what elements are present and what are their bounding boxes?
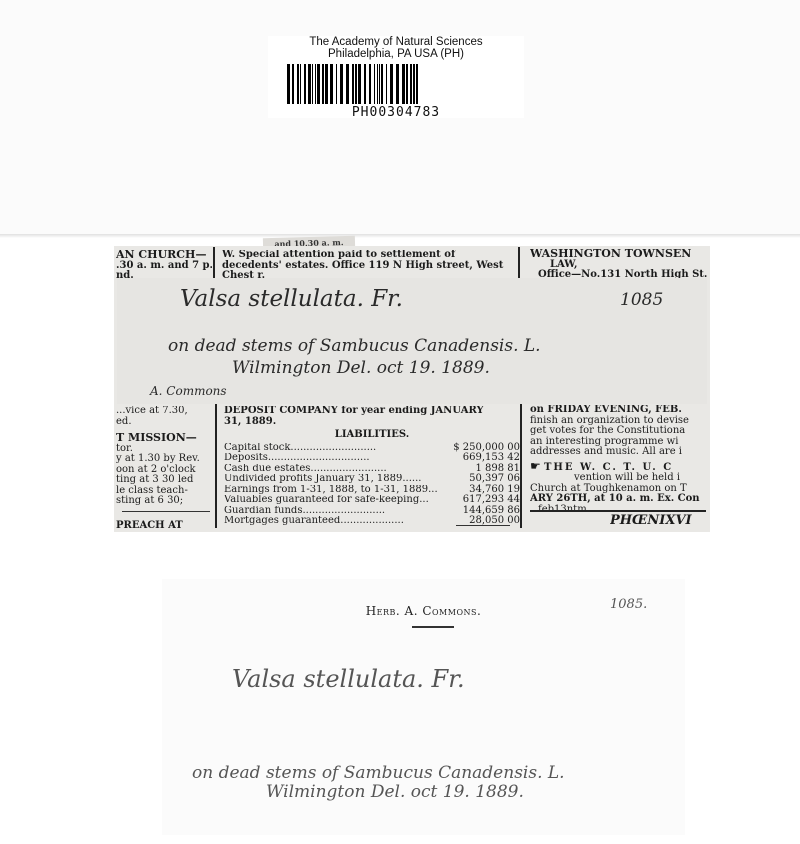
liability-label: Cash due estates........................: [224, 464, 473, 475]
label-species-name: Valsa stellulata. Fr.: [232, 665, 465, 693]
column-rule: [213, 247, 215, 281]
packet-habitat: on dead stems of Sambucus Canadensis. L.: [168, 336, 541, 356]
column-divider: [122, 511, 210, 512]
column-rule: [215, 404, 217, 528]
liability-label: Valuables guaranteed for safe-keeping...: [224, 495, 461, 506]
liability-row: Undivided profits January 31, 1889......…: [224, 474, 520, 485]
total-rule: [456, 525, 510, 526]
news-top-middle: W. Special attention paid to settlement …: [222, 250, 512, 282]
packet-collector: A. Commons: [150, 384, 227, 398]
herbarium-title: Herb. A. Commons.: [162, 604, 685, 618]
news-phoenixville-heading: PHŒNIXVI: [610, 514, 708, 528]
news-top-right: WASHINGTON TOWNSEN LAW, Office—No.131 No…: [530, 249, 708, 281]
news-top-left: AN CHURCH— .30 a. m. and 7 p. nd.: [116, 250, 212, 282]
pointing-hand-icon: ☛: [530, 459, 541, 473]
column-rule: [520, 404, 522, 528]
herbarium-label: Herb. A. Commons. 1085. Valsa stellulata…: [162, 579, 685, 835]
liability-label: Deposits................................: [224, 453, 461, 464]
liability-label: Mortgages guaranteed....................: [224, 516, 467, 527]
label-habitat: on dead stems of Sambucus Canadensis. L.: [192, 763, 565, 783]
liabilities-table: Capital stock...........................…: [224, 443, 520, 527]
liability-row: Deposits................................…: [224, 453, 520, 464]
liability-amount: 617,293 44: [461, 495, 520, 506]
barcode-id: PH00304783: [268, 106, 524, 119]
liability-label: Undivided profits January 31, 1889......: [224, 474, 467, 485]
liability-amount: 50,397 06: [467, 474, 520, 485]
liability-label: Earnings from 1-31, 1888, to 1-31, 1889.…: [224, 485, 467, 496]
packet-locality-date: Wilmington Del. oct 19. 1889.: [232, 358, 490, 378]
packet-species-name: Valsa stellulata. Fr.: [180, 286, 403, 312]
title-underline: [412, 626, 454, 628]
liability-row: Valuables guaranteed for safe-keeping...…: [224, 495, 520, 506]
column-rule: [518, 247, 520, 281]
liability-amount: 669,153 42: [461, 453, 520, 464]
barcode: [287, 64, 505, 104]
liability-label: Capital stock...........................: [224, 443, 451, 454]
packet-specimen-number: 1085: [620, 290, 663, 310]
column-divider: [530, 510, 706, 512]
institution-location: Philadelphia, PA USA (PH): [268, 48, 524, 60]
barcode-label: The Academy of Natural Sciences Philadel…: [268, 36, 524, 118]
news-deposit-statement: DEPOSIT COMPANY for year ending JANUARY …: [224, 406, 520, 527]
label-specimen-number: 1085.: [610, 597, 647, 612]
liability-label: Guardian funds..........................: [224, 506, 461, 517]
label-locality-date: Wilmington Del. oct 19. 1889.: [266, 782, 524, 802]
news-bottom-right: on FRIDAY EVENING, FEB. finish an organi…: [530, 405, 708, 515]
news-bottom-left: ...vice at 7.30, ed. T MISSION— tor. y a…: [116, 406, 212, 531]
sheet-edge-shadow: [0, 234, 800, 238]
institution-name: The Academy of Natural Sciences: [268, 36, 524, 48]
